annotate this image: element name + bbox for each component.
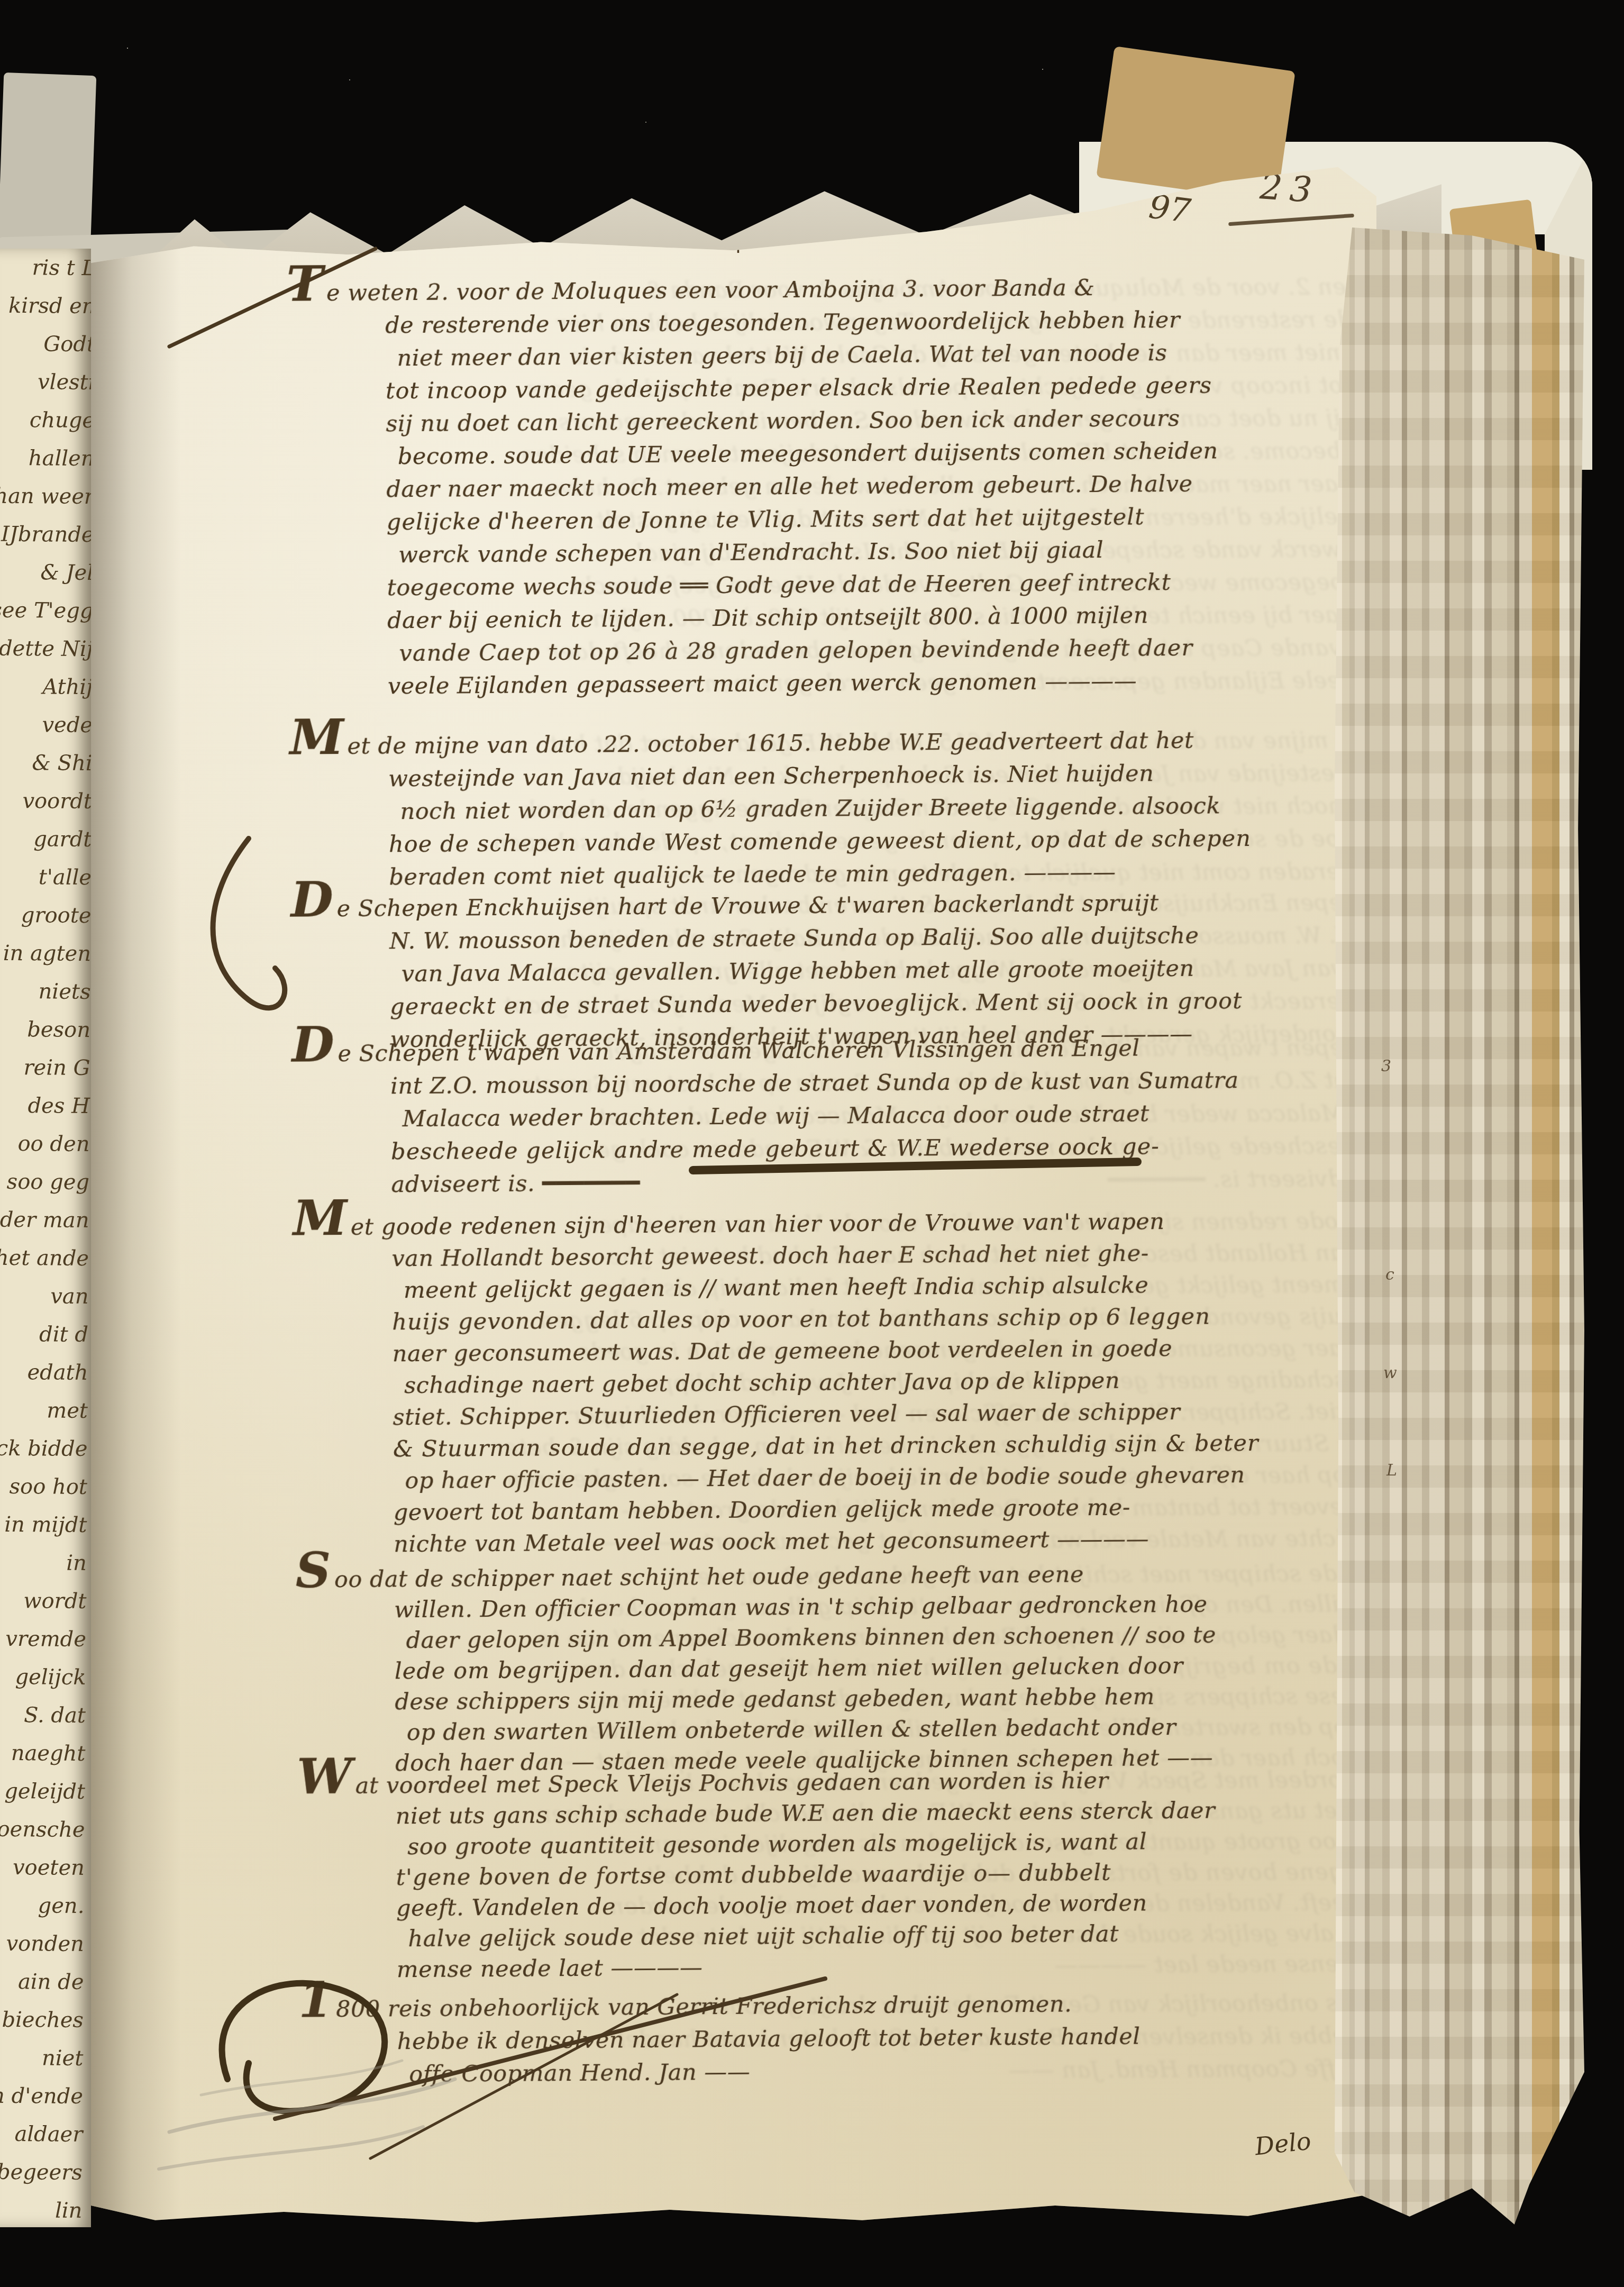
facing-page-line: werck bidde xyxy=(0,1429,88,1468)
facing-page-line: ris t L xyxy=(0,249,91,287)
paragraph-initial: D xyxy=(290,870,333,928)
page-number-underline-stroke xyxy=(1228,214,1354,226)
facing-page-line: voordt xyxy=(0,781,91,821)
manuscript-line: op haer officie pasten. — Het daer de bo… xyxy=(405,1458,1379,1497)
facing-page-line: & Jel xyxy=(0,553,91,592)
facing-page-line: IJbrande xyxy=(0,515,91,554)
facing-page-line: vede xyxy=(0,705,91,744)
facing-page-line: Moensche xyxy=(0,1810,85,1849)
paragraph-initial: W xyxy=(297,1747,352,1806)
paragraph-initial: T xyxy=(286,254,323,312)
facing-page-text: ris t Lkirsd enGodtvlestichugehallenhan … xyxy=(0,249,91,2227)
facing-page-line: & Shi xyxy=(0,743,91,782)
manuscript-line: hoe de schepen vande West comende gewees… xyxy=(389,821,1375,861)
facing-page-line: hen begeers xyxy=(0,2153,83,2192)
manuscript-line: offe Coopman Hend. Jan —— xyxy=(409,2051,1383,2091)
facing-page-line: des H xyxy=(0,1086,90,1125)
paragraph: Te weten 2. voor de Moluques een voor Am… xyxy=(366,269,1374,703)
facing-page-line: han weer xyxy=(0,477,91,516)
facing-page-line: dit d xyxy=(0,1315,88,1354)
manuscript-line: veele Eijlanden gepasseert maict geen we… xyxy=(388,663,1374,703)
paragraph-initial: D xyxy=(291,1015,334,1073)
facing-page-line: dis vonden xyxy=(0,1924,84,1963)
facing-page-line: soo geg xyxy=(0,1162,89,1201)
facing-page-line: naeght xyxy=(0,1734,86,1773)
facing-page-line: soo hot xyxy=(0,1467,87,1506)
gutter-shadow xyxy=(91,159,181,2243)
facing-page-line: niet xyxy=(0,2038,84,2078)
facing-page-line: groote xyxy=(0,896,91,935)
facing-page-line: rein G xyxy=(0,1048,90,1087)
facing-page-sliver: ris t Lkirsd enGodtvlestichugehallenhan … xyxy=(0,249,91,2227)
facing-page-line: der man xyxy=(0,1200,89,1240)
facing-page-line: van xyxy=(0,1277,89,1316)
edge-ink-mark: w xyxy=(1383,1364,1397,1382)
paragraph-initial: S xyxy=(295,1541,331,1599)
facing-page-line: gardt xyxy=(0,819,91,859)
facing-page-line: gen. xyxy=(0,1886,85,1925)
facing-page-line: vlesti xyxy=(0,362,91,402)
facing-page-line: hen d'ende xyxy=(0,2076,83,2116)
paragraph: Soo dat de schipper naet schijnt het oud… xyxy=(375,1557,1382,1779)
facing-page-line: in agten xyxy=(0,934,91,973)
paragraph-initial: 1 xyxy=(298,1971,333,2028)
facing-page-line: kirsd en xyxy=(0,286,91,325)
manuscript-line: adviseert is. ━━━━━━━ xyxy=(391,1161,1377,1201)
paragraph: De Schepen t'wapen van Amsterdam Walcher… xyxy=(371,1030,1377,1201)
paragraph-initial: M xyxy=(289,708,344,766)
facing-page-line: chuge xyxy=(0,400,91,440)
facing-page-line: & vremde xyxy=(0,1619,86,1659)
facing-page-line: in xyxy=(0,1543,87,1582)
facing-page-line: in mijdt xyxy=(0,1505,87,1544)
facing-page-line: Godt xyxy=(0,324,91,363)
paragraph: Met de mijne van dato .22. october 1615.… xyxy=(369,723,1375,894)
edge-ink-mark: L xyxy=(1386,1461,1397,1480)
facing-page-line: lin xyxy=(0,2191,83,2227)
facing-page-line: dette Nij xyxy=(0,629,91,668)
paragraph: 1800 reis onbehoorlijck van Gerrit Frede… xyxy=(378,1985,1383,2091)
paragraph: Met goode redenen sijn d'heeren van hier… xyxy=(372,1204,1380,1560)
manuscript-line: geraeckt en de straet Sunda weder bevoeg… xyxy=(390,983,1376,1023)
catchword: Delo xyxy=(1253,2127,1312,2161)
manuscript-page: Te weten 2. voor de Moluques een voor Am… xyxy=(91,159,1376,2243)
paragraph: De Schepen Enckhuijsen hart de Vrouwe & … xyxy=(370,885,1376,1056)
edge-ink-mark: 3 xyxy=(1381,1057,1391,1076)
facing-page-line: ain de xyxy=(0,1962,84,2001)
facing-page-line: hallen xyxy=(0,439,91,478)
paragraph: Wat voordeel met Speck Vleijs Pochvis ge… xyxy=(376,1763,1383,1985)
facing-page-line: het ande xyxy=(0,1238,89,1278)
facing-page-line: oo den xyxy=(0,1124,90,1163)
photograph-backdrop: ris t Lkirsd enGodtvlestichugehallenhan … xyxy=(0,0,1624,2287)
facing-page-line: wordt xyxy=(0,1581,87,1620)
edge-ink-mark: c xyxy=(1385,1265,1394,1284)
facing-page-line: edath xyxy=(0,1353,88,1392)
facing-page-line: S. dat xyxy=(0,1696,86,1735)
facing-page-line: t'alle xyxy=(0,858,91,897)
facing-page-line: see T'egg xyxy=(0,591,91,630)
dust-speckles xyxy=(127,48,128,49)
facing-page-line: beson xyxy=(0,1010,90,1049)
facing-page-line: voeten xyxy=(0,1848,85,1887)
facing-page-line: die bieches xyxy=(0,2000,84,2039)
facing-page-line: aldaer xyxy=(0,2115,83,2154)
facing-page-line: Athij xyxy=(0,667,91,706)
facing-page-line: met xyxy=(0,1391,88,1430)
facing-page-line: gelijck xyxy=(0,1657,86,1697)
paragraph-initial: M xyxy=(293,1189,348,1247)
facing-page-line: geleijdt xyxy=(0,1772,85,1811)
manuscript-line: int Z.O. mousson bij noordsche de straet… xyxy=(390,1063,1376,1103)
facing-page-line: niets xyxy=(0,972,91,1011)
fore-edge-stack: 3 c w L xyxy=(1335,227,1584,2233)
